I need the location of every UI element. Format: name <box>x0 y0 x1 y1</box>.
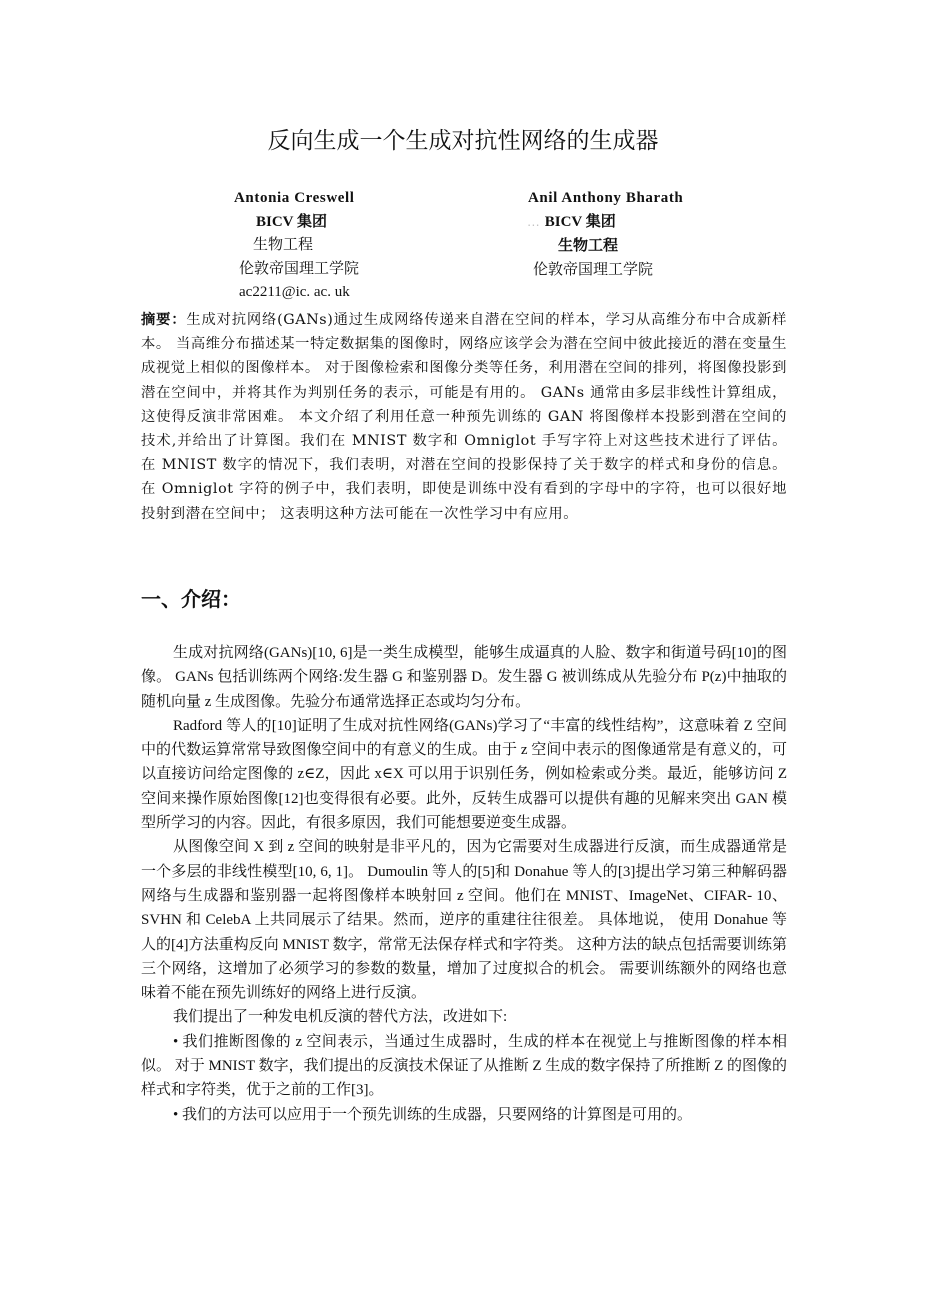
author-block-2: Anil Anthony Bharath ...BICV 集团 生物工程 伦敦帝… <box>528 187 683 282</box>
paragraph: 生成对抗网络(GANs)[10, 6]是一类生成模型，能够生成逼真的人脸、数字和… <box>141 641 787 714</box>
paragraph: 我们提出了一种发电机反演的替代方法，改进如下: <box>141 1005 787 1029</box>
paper-title: 反向生成一个生成对抗性网络的生成器 <box>0 122 926 155</box>
author-group: BICV 集团 <box>234 211 359 235</box>
abstract: 摘要：生成对抗网络(GANs)通过生成网络传递来自潜在空间的样本，学习从高维分布… <box>141 308 787 526</box>
author-department: 生物工程 <box>528 235 683 259</box>
author-name: Antonia Creswell <box>234 187 359 211</box>
author-email: ac2211@ic. ac. uk <box>234 281 359 305</box>
author-department: 生物工程 <box>234 234 359 258</box>
paragraph: Radford 等人的[10]证明了生成对抗性网络(GANs)学习了“丰富的线性… <box>141 714 787 835</box>
author-institution: 伦敦帝国理工学院 <box>234 258 359 282</box>
abstract-text: 生成对抗网络(GANs)通过生成网络传递来自潜在空间的样本，学习从高维分布中合成… <box>141 312 787 522</box>
author-institution: 伦敦帝国理工学院 <box>528 259 683 283</box>
author-name: Anil Anthony Bharath <box>528 187 683 211</box>
bullet-item: • 我们的方法可以应用于一个预先训练的生成器，只要网络的计算图是可用的。 <box>141 1103 787 1127</box>
section-body: 生成对抗网络(GANs)[10, 6]是一类生成模型，能够生成逼真的人脸、数字和… <box>141 641 787 1127</box>
author-group: BICV 集团 <box>545 214 616 230</box>
author-block-1: Antonia Creswell BICV 集团 生物工程 伦敦帝国理工学院 a… <box>234 187 359 305</box>
section-heading: 一、介绍： <box>141 583 241 612</box>
abstract-label: 摘要： <box>141 312 186 328</box>
paragraph: 从图像空间 X 到 z 空间的映射是非平凡的，因为它需要对生成器进行反演，而生成… <box>141 835 787 1005</box>
bullet-item: • 我们推断图像的 z 空间表示，当通过生成器时，生成的样本在视觉上与推断图像的… <box>141 1030 787 1103</box>
dots-decoration: ... <box>528 218 541 228</box>
